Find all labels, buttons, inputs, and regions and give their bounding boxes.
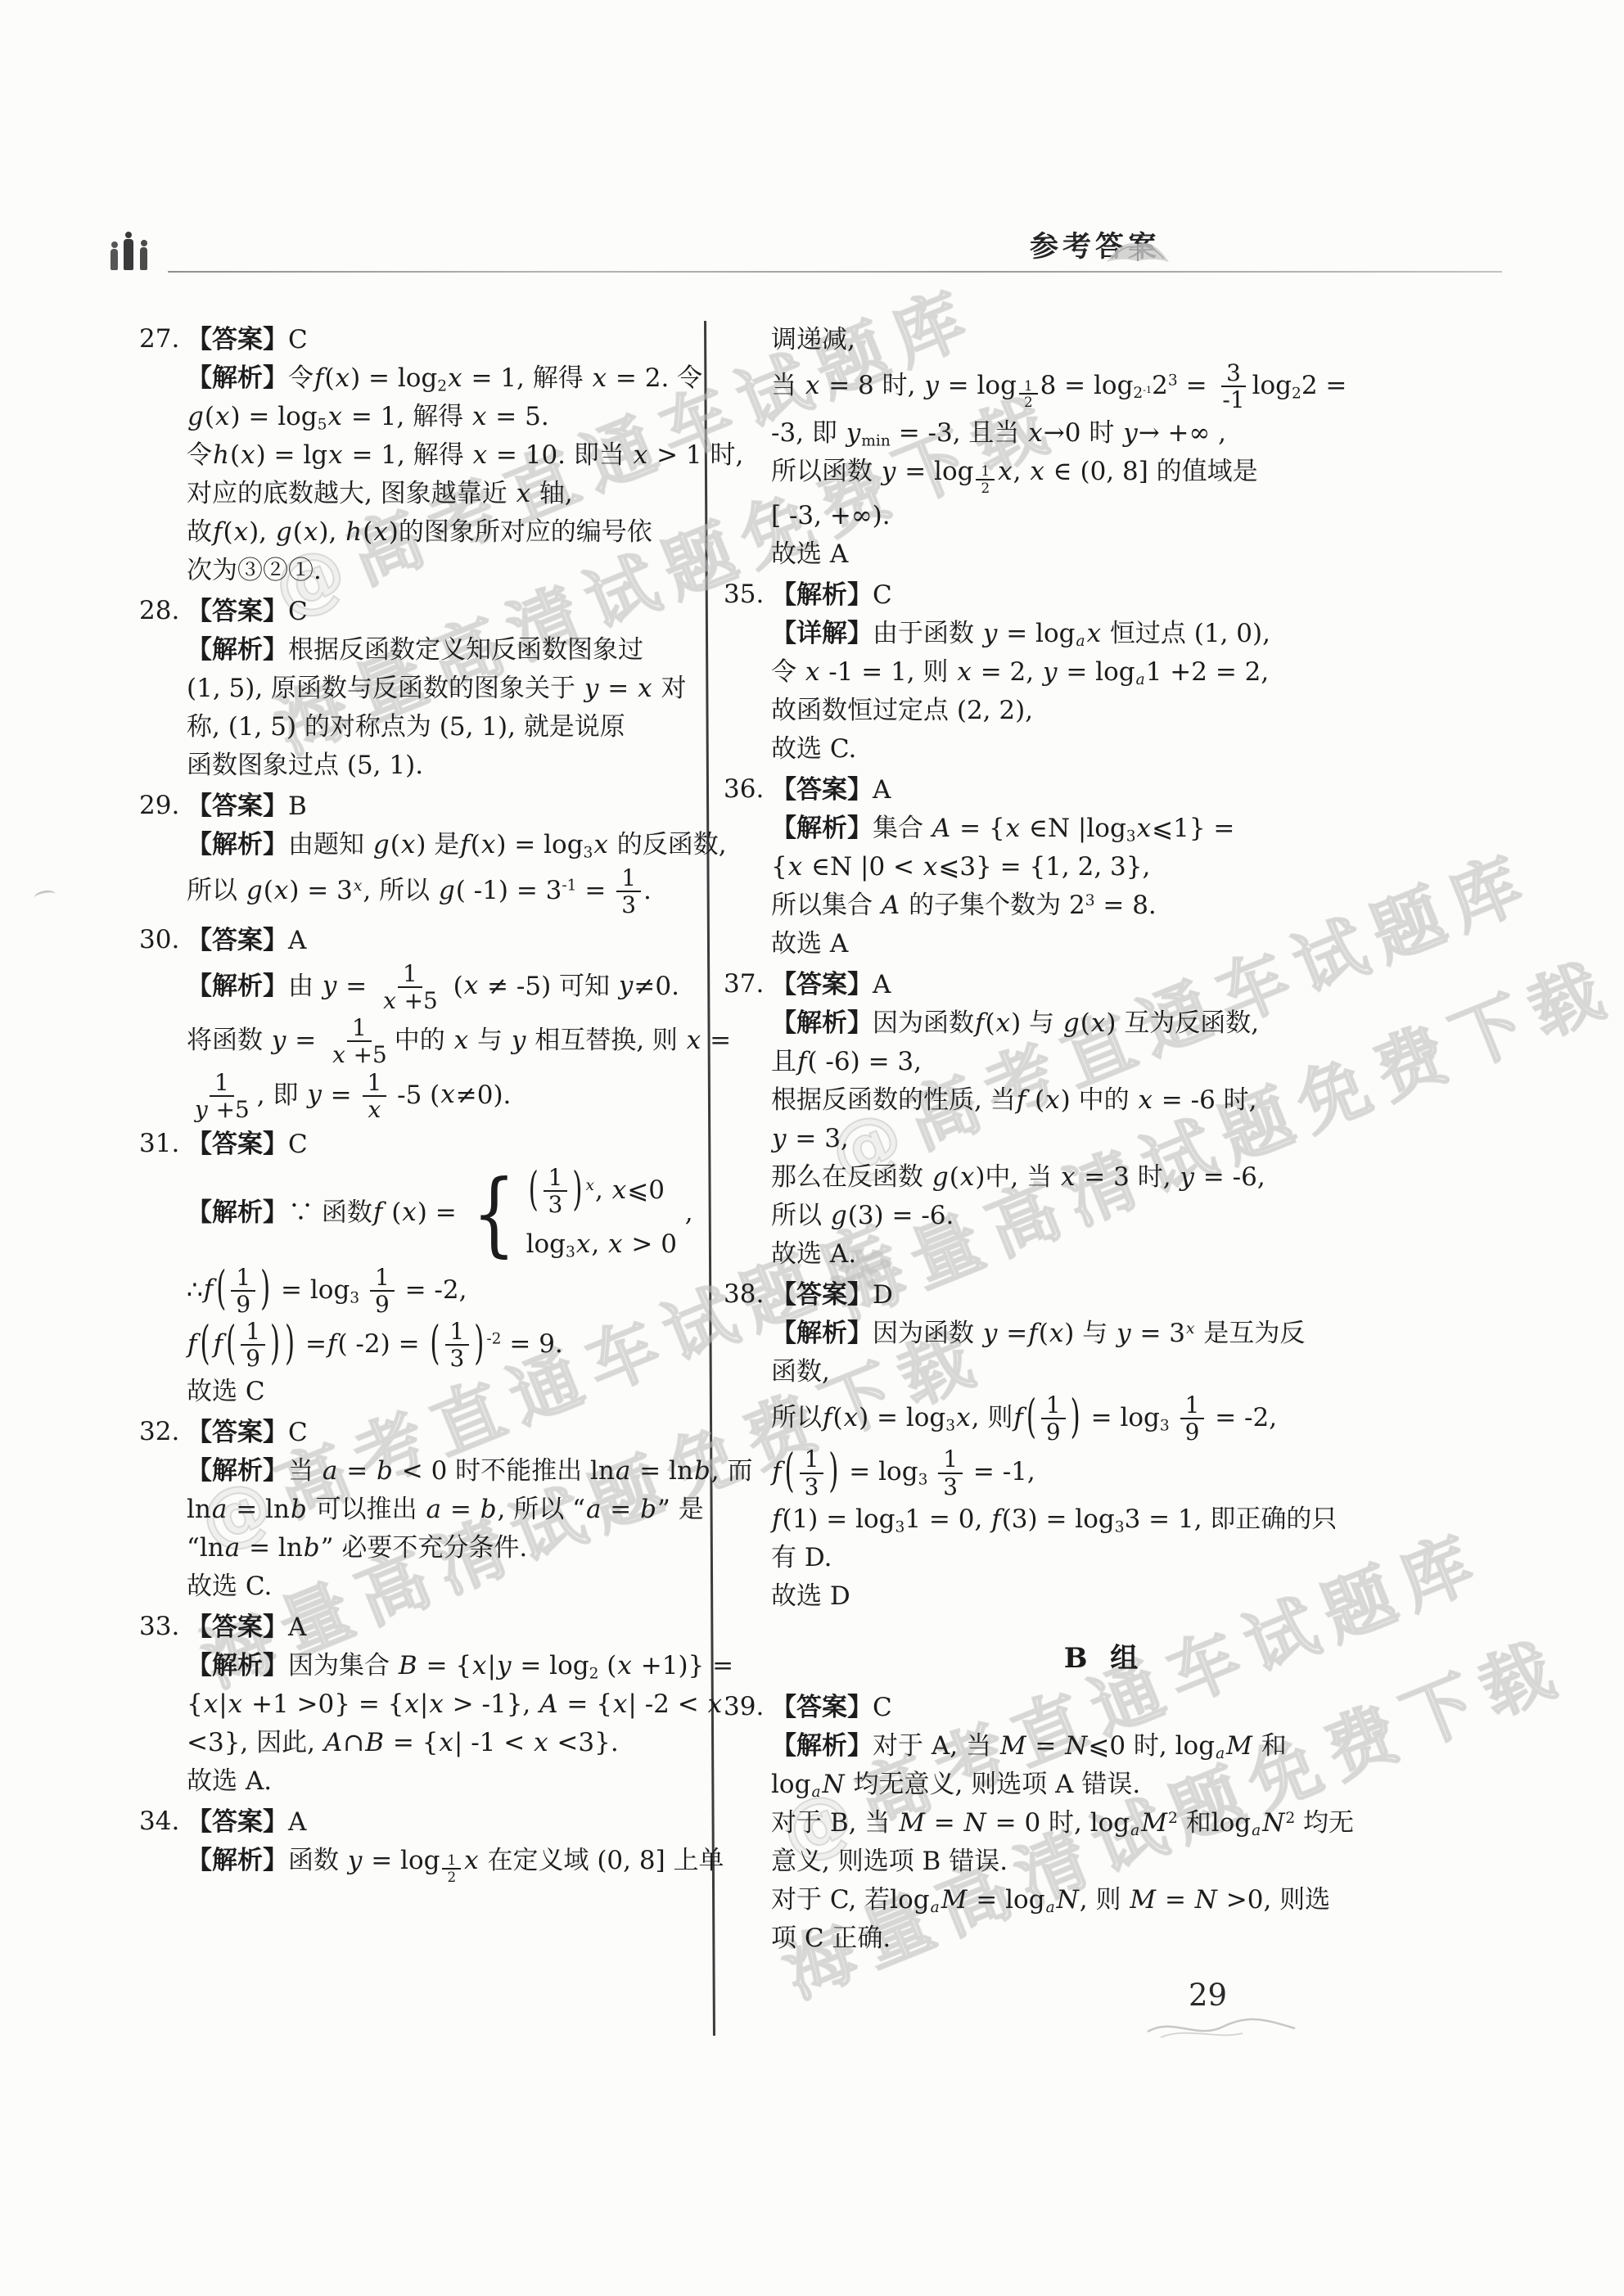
answer-line: 【解析】集合 A = {x ∈N |log3x⩽1} = — [771, 810, 1485, 848]
answer-line: (1, 5), 原函数与反函数的图象关于 y = x 对 — [187, 670, 712, 708]
answer-line: 当 x = 8 时, y = log128 = log2-123 = 3-1lo… — [771, 359, 1485, 414]
answer-item-27: 27.【答案】C【解析】令f(x) = log2x = 1, 解得 x = 2.… — [139, 321, 712, 590]
question-number: 37. — [724, 966, 771, 1274]
question-number: 39. — [724, 1689, 771, 1958]
answer-body: 【答案】C【解析】当 a = b < 0 时不能推出 lna = lnb, 而l… — [187, 1414, 712, 1606]
answer-line: 故选 C — [187, 1373, 712, 1411]
people-decoration-icon — [109, 229, 155, 270]
answer-line: 【答案】A — [771, 771, 1485, 810]
answer-line: 【答案】B — [187, 787, 712, 826]
question-number: 31. — [139, 1125, 187, 1411]
answer-line: 故选 A — [771, 925, 1485, 963]
answer-line: 【解析】由 y = 1x +5 (x ≠ -5) 可知 y≠0. — [187, 960, 712, 1015]
answer-item-36: 36.【答案】A【解析】集合 A = {x ∈N |log3x⩽1} ={x ∈… — [724, 771, 1485, 963]
answer-item-29: 29.【答案】B【解析】由题知 g(x) 是f(x) = log3x 的反函数,… — [139, 787, 712, 919]
answer-line: 【答案】C — [187, 593, 712, 631]
answer-line: 意义, 则选项 B 错误. — [771, 1843, 1485, 1881]
answer-line: 【答案】A — [187, 1803, 712, 1842]
answer-line: 且f( -6) = 3, — [771, 1043, 1485, 1081]
answer-line: 【答案】A — [771, 966, 1485, 1004]
answer-item-28: 28.【答案】C【解析】根据反函数定义知反函数图象过(1, 5), 原函数与反函… — [139, 593, 712, 785]
question-number: 36. — [724, 771, 771, 963]
answer-line: 【解析】由题知 g(x) 是f(x) = log3x 的反函数, — [187, 826, 712, 864]
answer-line: 【解析】因为集合 B = {x|y = log2 (x +1)} = — [187, 1647, 712, 1685]
answer-line: lna = lnb 可以推出 a = b, 所以 “a = b” 是 — [187, 1491, 712, 1529]
answer-line: g(x) = log5x = 1, 解得 x = 5. — [187, 398, 712, 436]
book-decoration-icon — [1105, 231, 1172, 270]
answer-line: 【答案】C — [187, 1414, 712, 1452]
answer-body: 【答案】C【解析】对于 A, 当 M = N⩽0 时, logaM 和logaN… — [771, 1689, 1485, 1958]
answer-item-31: 31.【答案】C【解析】∵ 函数f (x) = {(13)x, x⩽0log3x… — [139, 1125, 712, 1411]
answer-line: 项 C 正确. — [771, 1919, 1485, 1958]
answer-item-38: 38.【答案】D【解析】因为函数 y =f(x) 与 y = 3x 是互为反函数… — [724, 1276, 1485, 1616]
answer-line: 【答案】A — [187, 1608, 712, 1647]
answer-line: f(f(19)) =f( -2) = (13)-2 = 9. — [187, 1318, 712, 1373]
answer-line: 所以 g(x) = 3x, 所以 g( -1) = 3-1 = 13. — [187, 864, 712, 919]
question-number: 38. — [724, 1276, 771, 1616]
answer-line: 【答案】A — [187, 922, 712, 960]
answer-item-continuation: 调递减,当 x = 8 时, y = log128 = log2-123 = 3… — [724, 321, 1485, 574]
answer-line: 所以函数 y = log12x, x ∈ (0, 8] 的值域是 — [771, 453, 1485, 497]
swirl-decoration-icon — [1144, 2015, 1300, 2048]
question-number: 28. — [139, 593, 187, 785]
answer-line: 【答案】C — [771, 1689, 1485, 1727]
answer-line: 【解析】根据反函数定义知反函数图象过 — [187, 631, 712, 670]
answer-body: 【答案】C【解析】∵ 函数f (x) = {(13)x, x⩽0log3x, x… — [187, 1125, 712, 1411]
answer-body: 【答案】A【解析】集合 A = {x ∈N |log3x⩽1} ={x ∈N |… — [771, 771, 1485, 963]
answer-line: 【答案】C — [187, 1125, 712, 1164]
question-number: 34. — [139, 1803, 187, 1886]
answer-line: 将函数 y = 1x +5中的 x 与 y 相互替换, 则 x = — [187, 1014, 712, 1069]
answer-line: 【解析】C — [771, 576, 1485, 615]
section-b-header: B 组 — [724, 1635, 1485, 1676]
answer-line: -3, 即 ymin = -3, 且当 x→0 时 y→ +∞ , — [771, 414, 1485, 453]
answer-line: 函数, — [771, 1353, 1485, 1392]
answer-line: 【解析】因为函数 y =f(x) 与 y = 3x 是互为反 — [771, 1315, 1485, 1353]
answer-line: 【答案】C — [187, 321, 712, 359]
question-number — [724, 321, 771, 574]
answer-line: 【解析】令f(x) = log2x = 1, 解得 x = 2. 令 — [187, 359, 712, 398]
answer-line: 那么在反函数 g(x)中, 当 x = 3 时, y = -6, — [771, 1158, 1485, 1197]
answer-body: 【答案】D【解析】因为函数 y =f(x) 与 y = 3x 是互为反函数,所以… — [771, 1276, 1485, 1616]
answer-item-32: 32.【答案】C【解析】当 a = b < 0 时不能推出 lna = lnb,… — [139, 1414, 712, 1606]
answer-body: 调递减,当 x = 8 时, y = log128 = log2-123 = 3… — [771, 321, 1485, 574]
answer-line: 称, (1, 5) 的对称点为 (5, 1), 就是说原 — [187, 708, 712, 747]
answer-line: 【解析】∵ 函数f (x) = {(13)x, x⩽0log3x, x > 0 … — [187, 1164, 712, 1264]
answer-line: 调递减, — [771, 321, 1485, 359]
answer-body: 【答案】A【解析】函数 y = log12x 在定义域 (0, 8] 上单 — [187, 1803, 712, 1886]
question-number: 35. — [724, 576, 771, 769]
answer-line: 有 D. — [771, 1539, 1485, 1577]
answer-line: 令h(x) = lgx = 1, 解得 x = 10. 即当 x > 1 时, — [187, 436, 712, 475]
answer-line: {x|x +1 >0} = {x|x > -1}, A = {x| -2 < x — [187, 1685, 712, 1724]
answer-item-30: 30.【答案】A【解析】由 y = 1x +5 (x ≠ -5) 可知 y≠0.… — [139, 922, 712, 1124]
answer-item-33: 33.【答案】A【解析】因为集合 B = {x|y = log2 (x +1)}… — [139, 1608, 712, 1801]
answer-line: 故选 C. — [187, 1568, 712, 1606]
answer-item-39: 39.【答案】C【解析】对于 A, 当 M = N⩽0 时, logaM 和lo… — [724, 1689, 1485, 1958]
answer-body: 【答案】A【解析】因为函数f(x) 与 g(x) 互为反函数,且f( -6) =… — [771, 966, 1485, 1274]
answer-line: 故函数恒过定点 (2, 2), — [771, 692, 1485, 730]
answer-body: 【答案】A【解析】因为集合 B = {x|y = log2 (x +1)} ={… — [187, 1608, 712, 1801]
answer-item-37: 37.【答案】A【解析】因为函数f(x) 与 g(x) 互为反函数,且f( -6… — [724, 966, 1485, 1274]
answer-line: 令 x -1 = 1, 则 x = 2, y = loga1 +2 = 2, — [771, 653, 1485, 692]
answer-line: “lna = lnb” 必要不充分条件. — [187, 1529, 712, 1568]
answer-line: 1y +5, 即 y = 1x -5 (x≠0). — [187, 1069, 712, 1124]
answer-line: [ -3, +∞). — [771, 497, 1485, 535]
answer-line: y = 3, — [771, 1120, 1485, 1158]
answer-line: 故选 A. — [771, 1235, 1485, 1274]
answer-line: 根据反函数的性质, 当f (x) 中的 x = -6 时, — [771, 1081, 1485, 1120]
question-number: 27. — [139, 321, 187, 590]
answer-body: 【答案】A【解析】由 y = 1x +5 (x ≠ -5) 可知 y≠0.将函数… — [187, 922, 712, 1124]
answer-line: 所以 g(3) = -6. — [771, 1197, 1485, 1235]
answer-line: 【解析】对于 A, 当 M = N⩽0 时, logaM 和 — [771, 1727, 1485, 1766]
header-rule — [168, 271, 1502, 273]
answer-line: 故选 A. — [187, 1762, 712, 1801]
answer-line: 【解析】因为函数f(x) 与 g(x) 互为反函数, — [771, 1004, 1485, 1043]
answer-item-35: 35.【解析】C【详解】由于函数 y = logax 恒过点 (1, 0),令 … — [724, 576, 1485, 769]
answer-line: 次为③②①. — [187, 552, 712, 590]
answer-page: 参考答案 @高考直通车试题库 海量高清试题免费下载 @高考直通车试题库 海量高清… — [0, 0, 1624, 2296]
question-number: 30. — [139, 922, 187, 1124]
answer-line: 所以集合 A 的子集个数为 23 = 8. — [771, 886, 1485, 925]
answer-line: 故选 A — [771, 535, 1485, 574]
answer-line: 对于 C, 若logaM = logaN, 则 M = N >0, 则选 — [771, 1881, 1485, 1919]
answer-line: 所以f(x) = log3x, 则f(19) = log3 19 = -2, — [771, 1392, 1485, 1446]
answer-line: {x ∈N |0 < x⩽3} = {1, 2, 3}, — [771, 848, 1485, 886]
answer-body: 【答案】C【解析】根据反函数定义知反函数图象过(1, 5), 原函数与反函数的图… — [187, 593, 712, 785]
answer-body: 【解析】C【详解】由于函数 y = logax 恒过点 (1, 0),令 x -… — [771, 576, 1485, 769]
answer-body: 【答案】C【解析】令f(x) = log2x = 1, 解得 x = 2. 令g… — [187, 321, 712, 590]
answer-line: ∴f(19) = log3 19 = -2, — [187, 1264, 712, 1319]
answer-line: 函数图象过点 (5, 1). — [187, 747, 712, 785]
scan-artifact — [34, 889, 56, 903]
question-number: 32. — [139, 1414, 187, 1606]
answer-line: 【详解】由于函数 y = logax 恒过点 (1, 0), — [771, 615, 1485, 653]
answer-line: 故选 D — [771, 1577, 1485, 1616]
page-number: 29 — [1189, 1978, 1227, 2013]
question-number: 29. — [139, 787, 187, 919]
answer-line: logaN 均无意义, 则选项 A 错误. — [771, 1766, 1485, 1804]
answer-line: 故选 C. — [771, 730, 1485, 769]
answers-column-left: 27.【答案】C【解析】令f(x) = log2x = 1, 解得 x = 2.… — [139, 321, 712, 1888]
answer-line: 【解析】当 a = b < 0 时不能推出 lna = lnb, 而 — [187, 1452, 712, 1491]
answer-item-34: 34.【答案】A【解析】函数 y = log12x 在定义域 (0, 8] 上单 — [139, 1803, 712, 1886]
answer-line: f(13) = log3 13 = -1, — [771, 1446, 1485, 1500]
answer-line: 【答案】D — [771, 1276, 1485, 1315]
answer-line: <3}, 因此, A∩B = {x| -1 < x <3}. — [187, 1724, 712, 1762]
answer-line: 故f(x), g(x), h(x)的图象所对应的编号依 — [187, 513, 712, 552]
answer-line: 【解析】函数 y = log12x 在定义域 (0, 8] 上单 — [187, 1842, 712, 1886]
answer-body: 【答案】B【解析】由题知 g(x) 是f(x) = log3x 的反函数,所以 … — [187, 787, 712, 919]
answer-line: 对应的底数越大, 图象越靠近 x 轴, — [187, 475, 712, 513]
answers-column-right: 调递减,当 x = 8 时, y = log128 = log2-123 = 3… — [724, 321, 1485, 1960]
question-number: 33. — [139, 1608, 187, 1801]
answer-line: 对于 B, 当 M = N = 0 时, logaM2 和logaN2 均无 — [771, 1804, 1485, 1843]
answer-line: f(1) = log31 = 0, f(3) = log33 = 1, 即正确的… — [771, 1500, 1485, 1539]
